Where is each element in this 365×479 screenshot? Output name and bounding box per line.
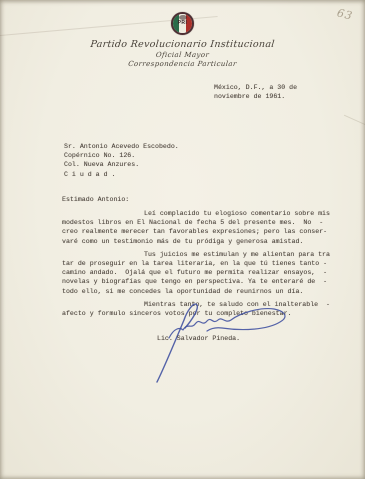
signature-area: Lic. Salvador Pineda. bbox=[112, 294, 307, 386]
body-line: modestos libros en El Nacional de fecha … bbox=[62, 218, 338, 227]
recipient-line: Col. Nueva Anzures. bbox=[64, 160, 179, 169]
recipient-line: C i u d a d . bbox=[64, 170, 179, 179]
body-line: creo realmente merecer tan favorables ex… bbox=[62, 227, 338, 236]
date-line-1: México, D.F., a 30 de bbox=[214, 83, 297, 92]
emblem-letters: PRI bbox=[173, 20, 192, 27]
body-line: novelas y biografías que tengo en perspe… bbox=[62, 277, 338, 286]
body-line: Tus juicios me estimulan y me alientan p… bbox=[62, 250, 338, 259]
date-block: México, D.F., a 30 de noviembre de 1961. bbox=[214, 83, 297, 101]
letter-page: 63 PRI Partido Revolucionario Institucio… bbox=[0, 0, 365, 479]
body-line: tar de proseguir en la tarea literaria, … bbox=[62, 259, 338, 268]
recipient-line: Copérnico No. 126. bbox=[64, 151, 179, 160]
date-line-2: noviembre de 1961. bbox=[214, 92, 297, 101]
body-line: Leí complacido tu elogioso comentario so… bbox=[62, 209, 338, 218]
body-paragraph: Leí complacido tu elogioso comentario so… bbox=[62, 209, 338, 246]
paper-crease bbox=[344, 115, 365, 126]
signer-typed-name: Lic. Salvador Pineda. bbox=[157, 334, 240, 343]
recipient-line: Sr. Antonio Acevedo Escobedo. bbox=[64, 142, 179, 151]
salutation: Estimado Antonio: bbox=[62, 195, 129, 204]
letterhead-correspondence: Correspondencia Particular bbox=[0, 60, 365, 68]
body-paragraph: Tus juicios me estimulan y me alientan p… bbox=[62, 250, 338, 296]
body-line: camino andado. Ojalá que el futuro me pe… bbox=[62, 268, 338, 277]
body-line: varé como un testimonio más de tu pródig… bbox=[62, 237, 338, 246]
pri-emblem-icon: PRI bbox=[171, 12, 194, 35]
letterhead: PRI Partido Revolucionario Institucional… bbox=[0, 12, 365, 68]
recipient-block: Sr. Antonio Acevedo Escobedo.Copérnico N… bbox=[64, 142, 179, 179]
letterhead-organization: Partido Revolucionario Institucional bbox=[0, 39, 365, 50]
letterhead-office: Oficial Mayor bbox=[0, 51, 365, 59]
